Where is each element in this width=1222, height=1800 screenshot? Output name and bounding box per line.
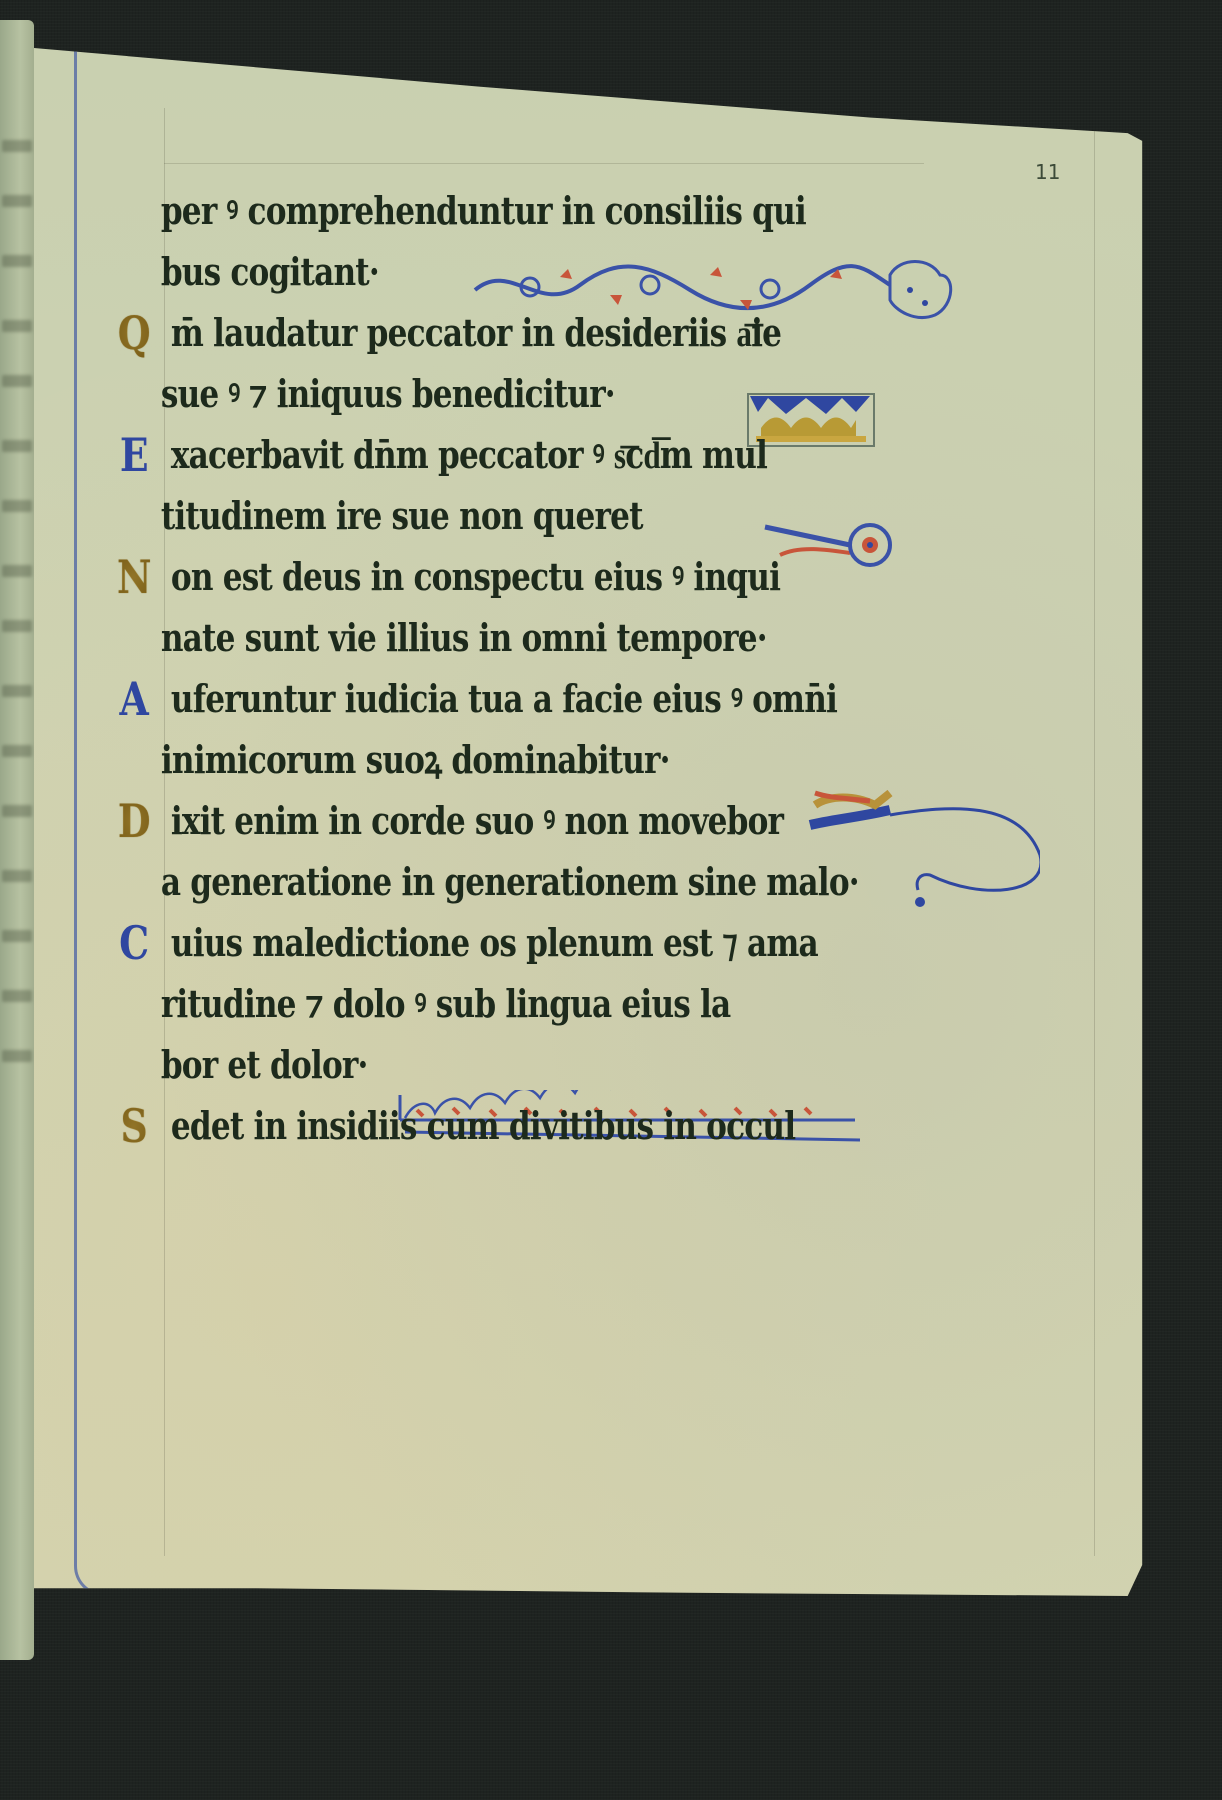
text-line: Q m̄ laudatur peccator in desideriis a͞i… [110,302,782,363]
gold-initial-n: N [110,548,158,606]
line-text: edet in insidiis cum divitibus in occul [171,1103,795,1148]
line-text: a generatione in generationem sine malo· [161,859,859,904]
text-line: per ꝰ comprehenduntur in consiliis qui [110,180,782,241]
line-text: titudinem ire sue non queret [161,493,643,538]
text-line: S edet in insidiis cum divitibus in occu… [110,1095,782,1156]
text-line: titudinem ire sue non queret [110,485,782,546]
line-text: uferuntur iudicia tua a facie eius ꝰ omn… [171,676,837,721]
blue-initial-a: A [110,670,158,728]
line-text: sue ꝰ ⁊ iniquus benedicitur· [161,371,615,416]
text-line: bus cogitant· [110,241,782,302]
gold-initial-d: D [110,792,158,850]
blue-initial-e: E [110,426,158,484]
ruling-line [1094,108,1095,1556]
line-text: nate sunt vie illius in omni tempore· [161,615,767,660]
line-text: m̄ laudatur peccator in desideriis a͞ie [171,310,781,355]
blue-initial-c: C [110,914,158,972]
text-line: a generatione in generationem sine malo· [110,851,782,912]
line-text: bus cogitant· [161,249,379,294]
line-text: ixit enim in corde suo ꝰ non movebor [171,798,783,843]
text-line: N on est deus in conspectu eius ꝰ inqui [110,546,782,607]
text-line: C uius maledictione os plenum est ⁊ ama [110,912,782,973]
text-line: A uferuntur iudicia tua a facie eius ꝰ o… [110,668,782,729]
line-text: per ꝰ comprehenduntur in consiliis qui [161,188,806,233]
ruling-line [164,163,924,164]
line-text: xacerbavit dn̄m peccator ꝰ s͞cd͞m mul [171,432,767,477]
line-text: ritudine ⁊ dolo ꝰ sub lingua eius la [161,981,731,1026]
text-line: ritudine ⁊ dolo ꝰ sub lingua eius la [110,973,782,1034]
text-line: sue ꝰ ⁊ iniquus benedicitur· [110,363,782,424]
text-line: bor et dolor· [110,1034,782,1095]
line-text: uius maledictione os plenum est ⁊ ama [171,920,818,965]
text-line: E xacerbavit dn̄m peccator ꝰ s͞cd͞m mul [110,424,782,485]
gold-initial-s: S [110,1097,158,1155]
text-line: D ixit enim in corde suo ꝰ non movebor [110,790,782,851]
gold-initial-q: Q [110,304,158,362]
line-text: inimicorum suoꝝ dominabitur· [161,737,670,782]
line-text: bor et dolor· [161,1042,368,1087]
previous-leaf-edge [0,20,34,1660]
line-text: on est deus in conspectu eius ꝰ inqui [171,554,780,599]
text-line: inimicorum suoꝝ dominabitur· [110,729,782,790]
folio-number: 11 [1035,160,1060,184]
text-line: nate sunt vie illius in omni tempore· [110,607,782,668]
manuscript-text-block: per ꝰ comprehenduntur in consiliis qui b… [110,180,930,1156]
